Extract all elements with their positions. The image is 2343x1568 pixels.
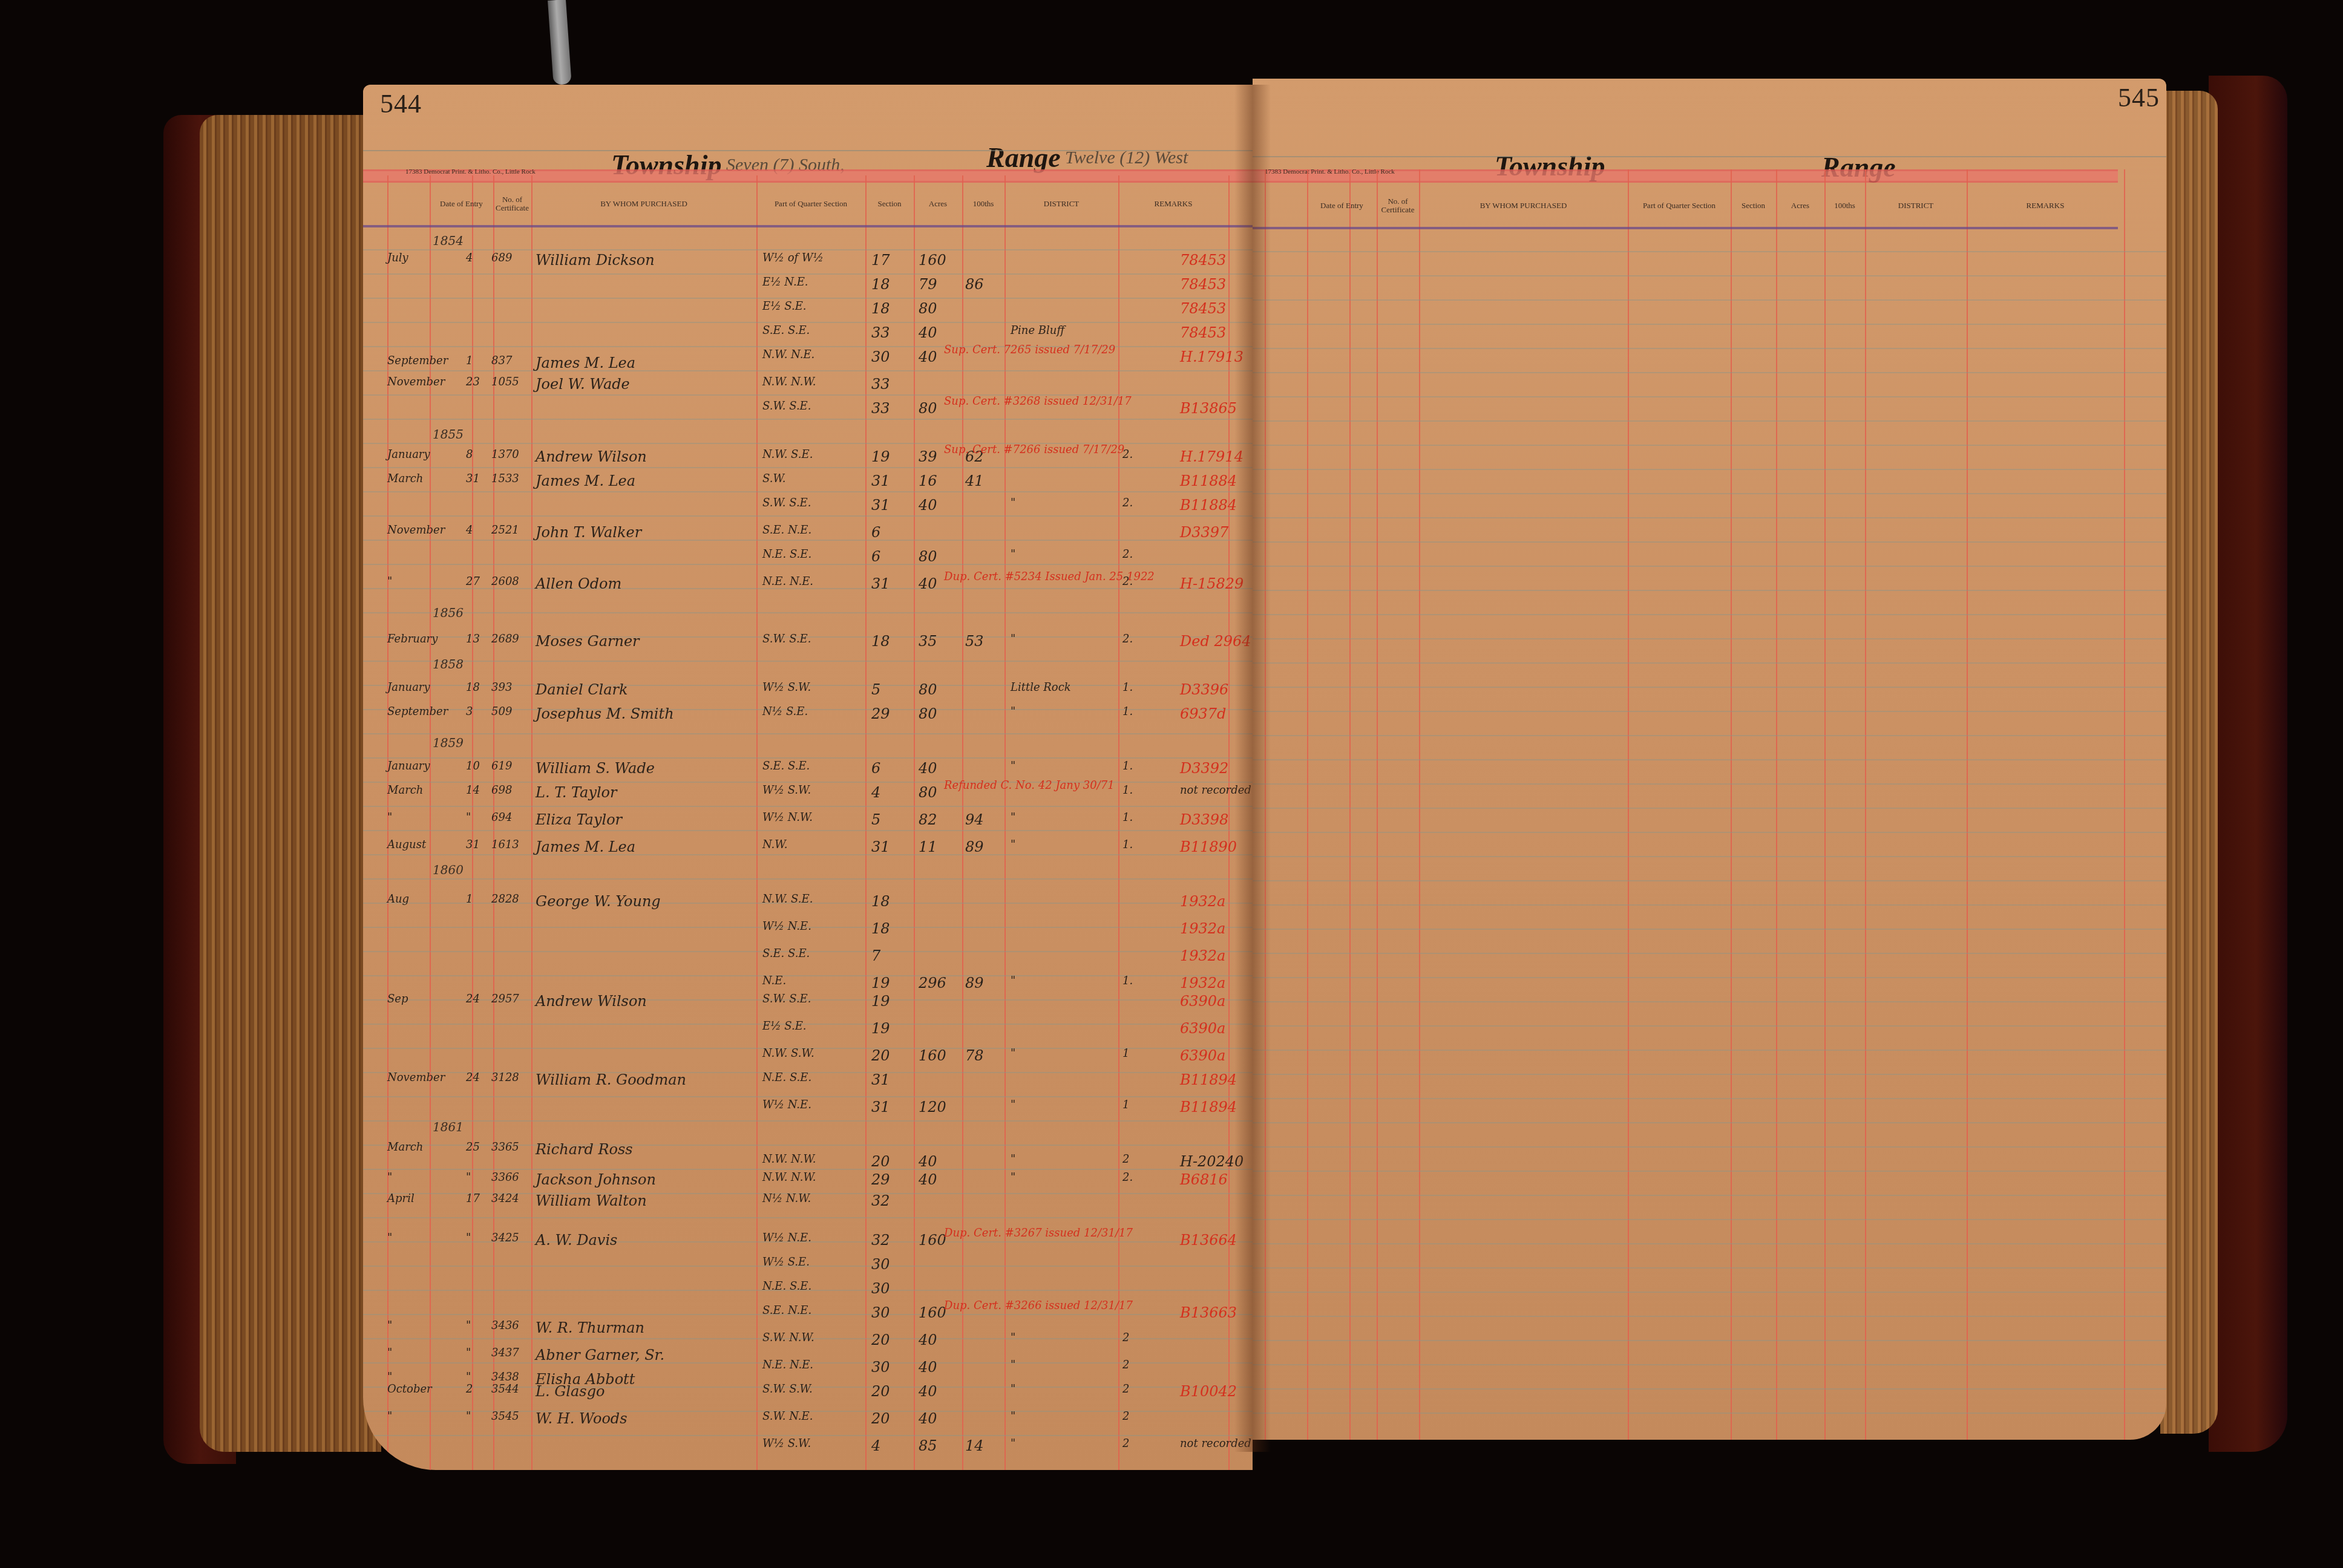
entry-district: " — [1011, 811, 1015, 824]
row-rule — [363, 346, 1253, 347]
entry-purchaser: Daniel Clark — [536, 681, 628, 698]
entry-purchaser: W. H. Woods — [536, 1410, 628, 1427]
entry-year: 1858 — [433, 657, 464, 671]
entry-month: October — [387, 1383, 432, 1396]
row-rule — [1253, 275, 2166, 276]
entry-district: " — [1011, 838, 1015, 851]
column-divider — [1628, 169, 1629, 1440]
row-rule — [1253, 1340, 2166, 1341]
entry-remarks: B11890 — [1180, 838, 1237, 855]
entry-purchaser: L. T. Taylor — [536, 784, 617, 801]
entry-part-quarter: E½ S.E. — [762, 1020, 807, 1033]
entry-purchaser: William S. Wade — [536, 760, 655, 777]
entry-mark: 1 — [1122, 1099, 1129, 1111]
entry-month: " — [387, 1371, 392, 1383]
entry-month: August — [387, 838, 426, 851]
entry-certificate: 3436 — [491, 1319, 519, 1332]
entry-day: 4 — [466, 252, 473, 264]
entry-certificate: 1533 — [491, 472, 519, 485]
entry-mark: 2. — [1122, 448, 1133, 461]
entry-section: 29 — [871, 1171, 890, 1188]
row-rule — [363, 419, 1253, 420]
row-rule — [1253, 1098, 2166, 1099]
entry-day: 8 — [466, 448, 473, 461]
entry-part-quarter: S.E. N.E. — [762, 524, 811, 537]
row-rule — [363, 370, 1253, 371]
entry-part-quarter: E½ S.E. — [762, 300, 807, 313]
entry-hundredths: 41 — [965, 472, 984, 489]
row-rule — [363, 273, 1253, 275]
entry-mark: 1. — [1122, 838, 1133, 851]
entry-part-quarter: W½ of W½ — [762, 252, 824, 264]
entry-district: Little Rock — [1011, 681, 1071, 694]
row-rule — [363, 854, 1253, 855]
column-divider — [430, 175, 431, 1470]
entry-section: 32 — [871, 1232, 890, 1249]
entry-part-quarter: W½ S.W. — [762, 784, 811, 797]
entry-acres: 40 — [919, 497, 937, 514]
entry-part-quarter: N½ N.W. — [762, 1192, 811, 1205]
entry-purchaser: W. R. Thurman — [536, 1319, 644, 1336]
entry-day: 31 — [466, 838, 480, 851]
entry-district: " — [1011, 497, 1015, 509]
entry-month: " — [387, 1319, 392, 1332]
entry-section: 30 — [871, 348, 890, 365]
entry-mark: 2 — [1122, 1359, 1129, 1371]
column-divider — [472, 175, 473, 1470]
entry-certificate: 1613 — [491, 838, 519, 851]
row-rule — [1253, 638, 2166, 639]
entry-acres: 85 — [919, 1437, 937, 1454]
row-rule — [363, 733, 1253, 734]
entry-section: 19 — [871, 993, 890, 1010]
entry-section: 4 — [871, 1437, 880, 1454]
entry-mark: 1. — [1122, 705, 1133, 718]
row-rule — [1253, 372, 2166, 373]
row-rule — [363, 491, 1253, 492]
entry-remarks: 6390a — [1180, 1020, 1225, 1037]
entry-remarks: D3397 — [1180, 524, 1228, 541]
row-rule — [1253, 1171, 2166, 1172]
column-divider — [865, 175, 867, 1470]
row-rule — [1253, 1267, 2166, 1269]
entry-part-quarter: N.W. S.E. — [762, 893, 813, 906]
entry-month: January — [387, 760, 430, 773]
entry-acres: 40 — [919, 575, 937, 592]
title-rule — [363, 150, 1253, 151]
entry-section: 33 — [871, 324, 890, 341]
entry-acres: 40 — [919, 1383, 937, 1400]
entry-annotation: Dup. Cert. #3267 issued 12/31/17 — [944, 1227, 1133, 1240]
entry-section: 18 — [871, 920, 890, 937]
row-rule — [363, 515, 1253, 517]
row-rule — [1253, 1388, 2166, 1390]
entry-section: 20 — [871, 1383, 890, 1400]
entry-remarks: B11894 — [1180, 1099, 1237, 1116]
entry-part-quarter: S.W. S.E. — [762, 400, 811, 413]
page-title: Township Range — [1253, 114, 2166, 156]
column-divider — [1776, 169, 1777, 1440]
page-stack-left — [200, 115, 381, 1452]
entry-acres: 160 — [919, 1232, 946, 1249]
entry-month: " — [387, 1410, 392, 1423]
entry-month: " — [387, 575, 392, 588]
entry-acres: 80 — [919, 300, 937, 317]
entry-acres: 39 — [919, 448, 937, 465]
entry-day: 10 — [466, 760, 480, 773]
column-header: No. of Certificate — [493, 183, 531, 225]
entry-day: 31 — [466, 472, 480, 485]
entry-part-quarter: N.E. — [762, 975, 786, 987]
entry-section: 29 — [871, 705, 890, 722]
entry-month: July — [387, 252, 408, 264]
entry-month: November — [387, 376, 445, 388]
bookmark-ribbon[interactable] — [548, 0, 572, 85]
entry-purchaser: Allen Odom — [536, 575, 621, 592]
entry-certificate: 694 — [491, 811, 512, 824]
entry-district: " — [1011, 1171, 1015, 1184]
entry-certificate: 1370 — [491, 448, 519, 461]
row-rule — [363, 298, 1253, 299]
row-rule — [1253, 324, 2166, 325]
entry-day: " — [466, 1171, 471, 1184]
entry-part-quarter: S.W. S.E. — [762, 993, 811, 1005]
title-rule — [1253, 156, 2166, 157]
column-header: 100ths — [1824, 185, 1865, 227]
row-rule — [363, 1169, 1253, 1170]
row-rule — [1253, 396, 2166, 397]
entry-certificate: 2828 — [491, 893, 519, 906]
entry-section: 31 — [871, 575, 890, 592]
entry-certificate: 1055 — [491, 376, 519, 388]
column-divider — [1307, 169, 1308, 1440]
entry-section: 30 — [871, 1256, 890, 1273]
entry-section: 33 — [871, 376, 890, 393]
entry-remarks: 1932a — [1180, 947, 1225, 964]
row-rule — [1253, 1364, 2166, 1365]
row-rule — [1253, 880, 2166, 881]
row-rule — [1253, 420, 2166, 422]
row-rule — [363, 249, 1253, 250]
column-header: No. of Certificate — [1377, 185, 1419, 227]
entry-part-quarter: N.E. N.E. — [762, 1359, 813, 1371]
entry-day: 25 — [466, 1141, 480, 1154]
entry-certificate: 2608 — [491, 575, 519, 588]
entry-acres: 296 — [919, 975, 946, 991]
entry-part-quarter: S.W. N.W. — [762, 1331, 814, 1344]
row-rule — [1253, 735, 2166, 736]
row-rule — [1253, 1074, 2166, 1075]
entry-section: 31 — [871, 1099, 890, 1116]
entry-part-quarter: W½ S.W. — [762, 1437, 811, 1450]
entry-acres: 40 — [919, 1171, 937, 1188]
entry-month: " — [387, 1232, 392, 1244]
column-divider — [2124, 169, 2125, 1440]
entry-year: 1854 — [433, 234, 464, 248]
entry-mark: 2. — [1122, 575, 1133, 588]
entry-mark: 2. — [1122, 548, 1133, 561]
column-divider — [756, 175, 758, 1470]
entry-year: 1859 — [433, 736, 464, 750]
entry-acres: 40 — [919, 1410, 937, 1427]
row-rule — [1253, 1195, 2166, 1196]
row-rule — [363, 1217, 1253, 1218]
entry-certificate: 3424 — [491, 1192, 519, 1205]
entry-year: 1856 — [433, 606, 464, 620]
row-rule — [1253, 1025, 2166, 1027]
entry-part-quarter: S.W. N.E. — [762, 1410, 813, 1423]
entry-section: 7 — [871, 947, 880, 964]
entry-month: January — [387, 448, 430, 461]
entry-district: " — [1011, 975, 1015, 987]
column-header: Acres — [914, 183, 962, 225]
entry-purchaser: Richard Ross — [536, 1141, 633, 1158]
column-header: BY WHOM PURCHASED — [1419, 185, 1628, 227]
entry-day: " — [466, 1232, 471, 1244]
entry-annotation: Sup. Cert. #7266 issued 7/17/29 — [944, 443, 1124, 456]
entry-acres: 40 — [919, 760, 937, 777]
row-rule — [363, 564, 1253, 565]
row-rule — [1253, 566, 2166, 567]
column-header: DISTRICT — [1004, 183, 1118, 225]
entry-section: 18 — [871, 300, 890, 317]
entry-remarks: B11884 — [1180, 472, 1237, 489]
entry-certificate: 698 — [491, 784, 512, 797]
entry-part-quarter: W½ N.E. — [762, 1099, 811, 1111]
column-divider — [1865, 169, 1866, 1440]
entry-section: 18 — [871, 893, 890, 910]
row-rule — [1253, 541, 2166, 543]
entry-mark: 2 — [1122, 1153, 1129, 1166]
entry-month: Aug — [387, 893, 409, 906]
entry-section: 19 — [871, 448, 890, 465]
row-rule — [1253, 469, 2166, 470]
entry-acres: 160 — [919, 1304, 946, 1321]
entry-purchaser: Josephus M. Smith — [536, 705, 674, 722]
entry-section: 4 — [871, 784, 880, 801]
entry-remarks: B13865 — [1180, 400, 1237, 417]
book-cover-right — [2209, 76, 2287, 1452]
entry-month: November — [387, 524, 445, 537]
entry-hundredths: 86 — [965, 276, 984, 293]
entry-part-quarter: S.E. S.E. — [762, 760, 810, 773]
entry-purchaser: Joel W. Wade — [536, 376, 630, 393]
entry-part-quarter: W½ S.E. — [762, 1256, 810, 1269]
entry-mark: 1. — [1122, 760, 1133, 773]
entry-remarks: B11884 — [1180, 497, 1237, 514]
row-rule — [363, 1024, 1253, 1025]
column-header: Date of Entry — [1307, 185, 1377, 227]
entry-day: " — [466, 811, 471, 824]
entry-certificate: 3425 — [491, 1232, 519, 1244]
entry-section: 19 — [871, 975, 890, 991]
row-rule — [1253, 1219, 2166, 1220]
column-header: Part of Quarter Section — [1628, 185, 1731, 227]
entry-day: 27 — [466, 575, 480, 588]
entry-day: 4 — [466, 524, 473, 537]
page-number: 545 — [2118, 82, 2160, 113]
entry-district: " — [1011, 1359, 1015, 1371]
entry-section: 20 — [871, 1410, 890, 1427]
entry-day: " — [466, 1410, 471, 1423]
entry-certificate: 3545 — [491, 1410, 519, 1423]
entry-part-quarter: N.W. N.W. — [762, 1153, 816, 1166]
entry-acres: 40 — [919, 1331, 937, 1348]
entry-hundredths: 89 — [965, 975, 984, 991]
entry-district: " — [1011, 760, 1015, 773]
entry-section: 30 — [871, 1359, 890, 1376]
entry-part-quarter: E½ N.E. — [762, 276, 808, 289]
column-header: REMARKS — [1967, 185, 2124, 227]
entry-purchaser: Andrew Wilson — [536, 448, 647, 465]
entry-section: 30 — [871, 1280, 890, 1297]
entry-annotation: Sup. Cert. 7265 issued 7/17/29 — [944, 344, 1115, 356]
entry-acres: 80 — [919, 400, 937, 417]
entry-day: 18 — [466, 681, 480, 694]
entry-certificate: 3366 — [491, 1171, 519, 1184]
entry-district: " — [1011, 1383, 1015, 1396]
entry-year: 1860 — [433, 863, 464, 877]
entry-part-quarter: W½ S.W. — [762, 681, 811, 694]
entry-day: " — [466, 1319, 471, 1332]
entry-acres: 11 — [919, 838, 937, 855]
entry-remarks: 78453 — [1180, 324, 1226, 341]
entry-part-quarter: N.E. S.E. — [762, 1280, 811, 1293]
entry-purchaser: William Dickson — [536, 252, 655, 269]
entry-purchaser: A. W. Davis — [536, 1232, 617, 1249]
entry-mark: 2 — [1122, 1410, 1129, 1423]
entry-purchaser: Moses Garner — [536, 633, 640, 650]
entry-section: 20 — [871, 1047, 890, 1064]
row-rule — [1253, 493, 2166, 494]
entry-remarks: 78453 — [1180, 300, 1226, 317]
row-rule — [363, 540, 1253, 541]
entry-section: 31 — [871, 838, 890, 855]
entry-district: Pine Bluff — [1011, 324, 1064, 337]
column-header: DISTRICT — [1865, 185, 1967, 227]
row-rule — [363, 806, 1253, 807]
entry-year: 1861 — [433, 1120, 464, 1134]
entry-day: 23 — [466, 376, 480, 388]
column-header: BY WHOM PURCHASED — [531, 183, 756, 225]
entry-month: January — [387, 681, 430, 694]
entry-district: " — [1011, 1153, 1015, 1166]
entry-certificate: 509 — [491, 705, 512, 718]
entry-remarks: 78453 — [1180, 252, 1226, 269]
book-gutter — [1234, 85, 1271, 1452]
column-header: Section — [865, 183, 914, 225]
entry-month: " — [387, 811, 392, 824]
header-rule — [1253, 227, 2118, 229]
entry-district: " — [1011, 1099, 1015, 1111]
column-divider — [1004, 175, 1006, 1470]
column-divider — [962, 175, 963, 1470]
printer-imprint: 17383 Democrat Print. & Litho. Co., Litt… — [405, 168, 536, 175]
entry-acres: 82 — [919, 811, 937, 828]
entry-remarks: B10042 — [1180, 1383, 1237, 1400]
entry-part-quarter: W½ N.E. — [762, 920, 811, 933]
entry-district: " — [1011, 1437, 1015, 1450]
row-rule — [363, 588, 1253, 589]
row-rule — [363, 322, 1253, 323]
entry-district: " — [1011, 1331, 1015, 1344]
entry-section: 30 — [871, 1304, 890, 1321]
entry-section: 31 — [871, 497, 890, 514]
row-rule — [1253, 1001, 2166, 1002]
page-title: Township Seven (7) South, Range Twelve (… — [363, 120, 1253, 162]
entry-purchaser: Eliza Taylor — [536, 811, 622, 828]
entry-month: March — [387, 1141, 423, 1154]
entry-purchaser: Abner Garner, Sr. — [536, 1347, 664, 1364]
column-divider — [531, 175, 532, 1470]
row-rule — [1253, 517, 2166, 518]
entry-district: " — [1011, 633, 1015, 645]
entry-mark: 1. — [1122, 784, 1133, 797]
entry-month: March — [387, 784, 423, 797]
entry-certificate: 837 — [491, 354, 512, 367]
entry-part-quarter: N.E. S.E. — [762, 548, 811, 561]
column-header: 100ths — [962, 183, 1004, 225]
entry-section: 6 — [871, 760, 880, 777]
entry-hundredths: 14 — [965, 1437, 984, 1454]
entry-part-quarter: S.W. S.E. — [762, 633, 811, 645]
entry-acres: 40 — [919, 348, 937, 365]
entry-section: 18 — [871, 276, 890, 293]
entry-part-quarter: N.W. N.W. — [762, 376, 816, 388]
entry-hundredths: 53 — [965, 633, 984, 650]
entry-certificate: 3128 — [491, 1071, 519, 1084]
entry-part-quarter: N.W. — [762, 838, 787, 851]
entry-acres: 120 — [919, 1099, 946, 1116]
entry-month: September — [387, 354, 448, 367]
row-rule — [363, 782, 1253, 783]
column-divider — [1731, 169, 1732, 1440]
entry-district: " — [1011, 705, 1015, 718]
row-rule — [1253, 251, 2166, 252]
entry-day: " — [466, 1347, 471, 1359]
entry-part-quarter: W½ N.W. — [762, 811, 813, 824]
row-rule — [1253, 1316, 2166, 1317]
entry-remarks: D3392 — [1180, 760, 1228, 777]
entry-certificate: 3438 — [491, 1371, 519, 1383]
entry-section: 20 — [871, 1153, 890, 1170]
row-rule — [363, 612, 1253, 613]
row-rule — [1253, 1050, 2166, 1051]
row-rule — [1253, 953, 2166, 954]
entry-part-quarter: S.W. S.W. — [762, 1383, 813, 1396]
entry-remarks: D3398 — [1180, 811, 1228, 828]
entry-section: 6 — [871, 548, 880, 565]
entry-section: 5 — [871, 811, 880, 828]
entry-remarks: 6390a — [1180, 993, 1225, 1010]
entry-part-quarter: S.W. S.E. — [762, 497, 811, 509]
column-divider — [914, 175, 915, 1470]
entry-day: 17 — [466, 1192, 480, 1205]
entry-month: March — [387, 472, 423, 485]
row-rule — [363, 830, 1253, 831]
printer-imprint: 17383 Democrat Print. & Litho. Co., Litt… — [1265, 168, 1395, 175]
entry-month: November — [387, 1071, 445, 1084]
entry-day: 2 — [466, 1383, 473, 1396]
row-rule — [1253, 1122, 2166, 1123]
entry-annotation: Dup. Cert. #3266 issued 12/31/17 — [944, 1299, 1133, 1312]
column-header: REMARKS — [1118, 183, 1228, 225]
entry-acres: 160 — [919, 1047, 946, 1064]
column-header: Section — [1731, 185, 1776, 227]
entry-month: February — [387, 633, 437, 645]
entry-part-quarter: N.W. N.E. — [762, 348, 814, 361]
row-rule — [363, 1120, 1253, 1122]
